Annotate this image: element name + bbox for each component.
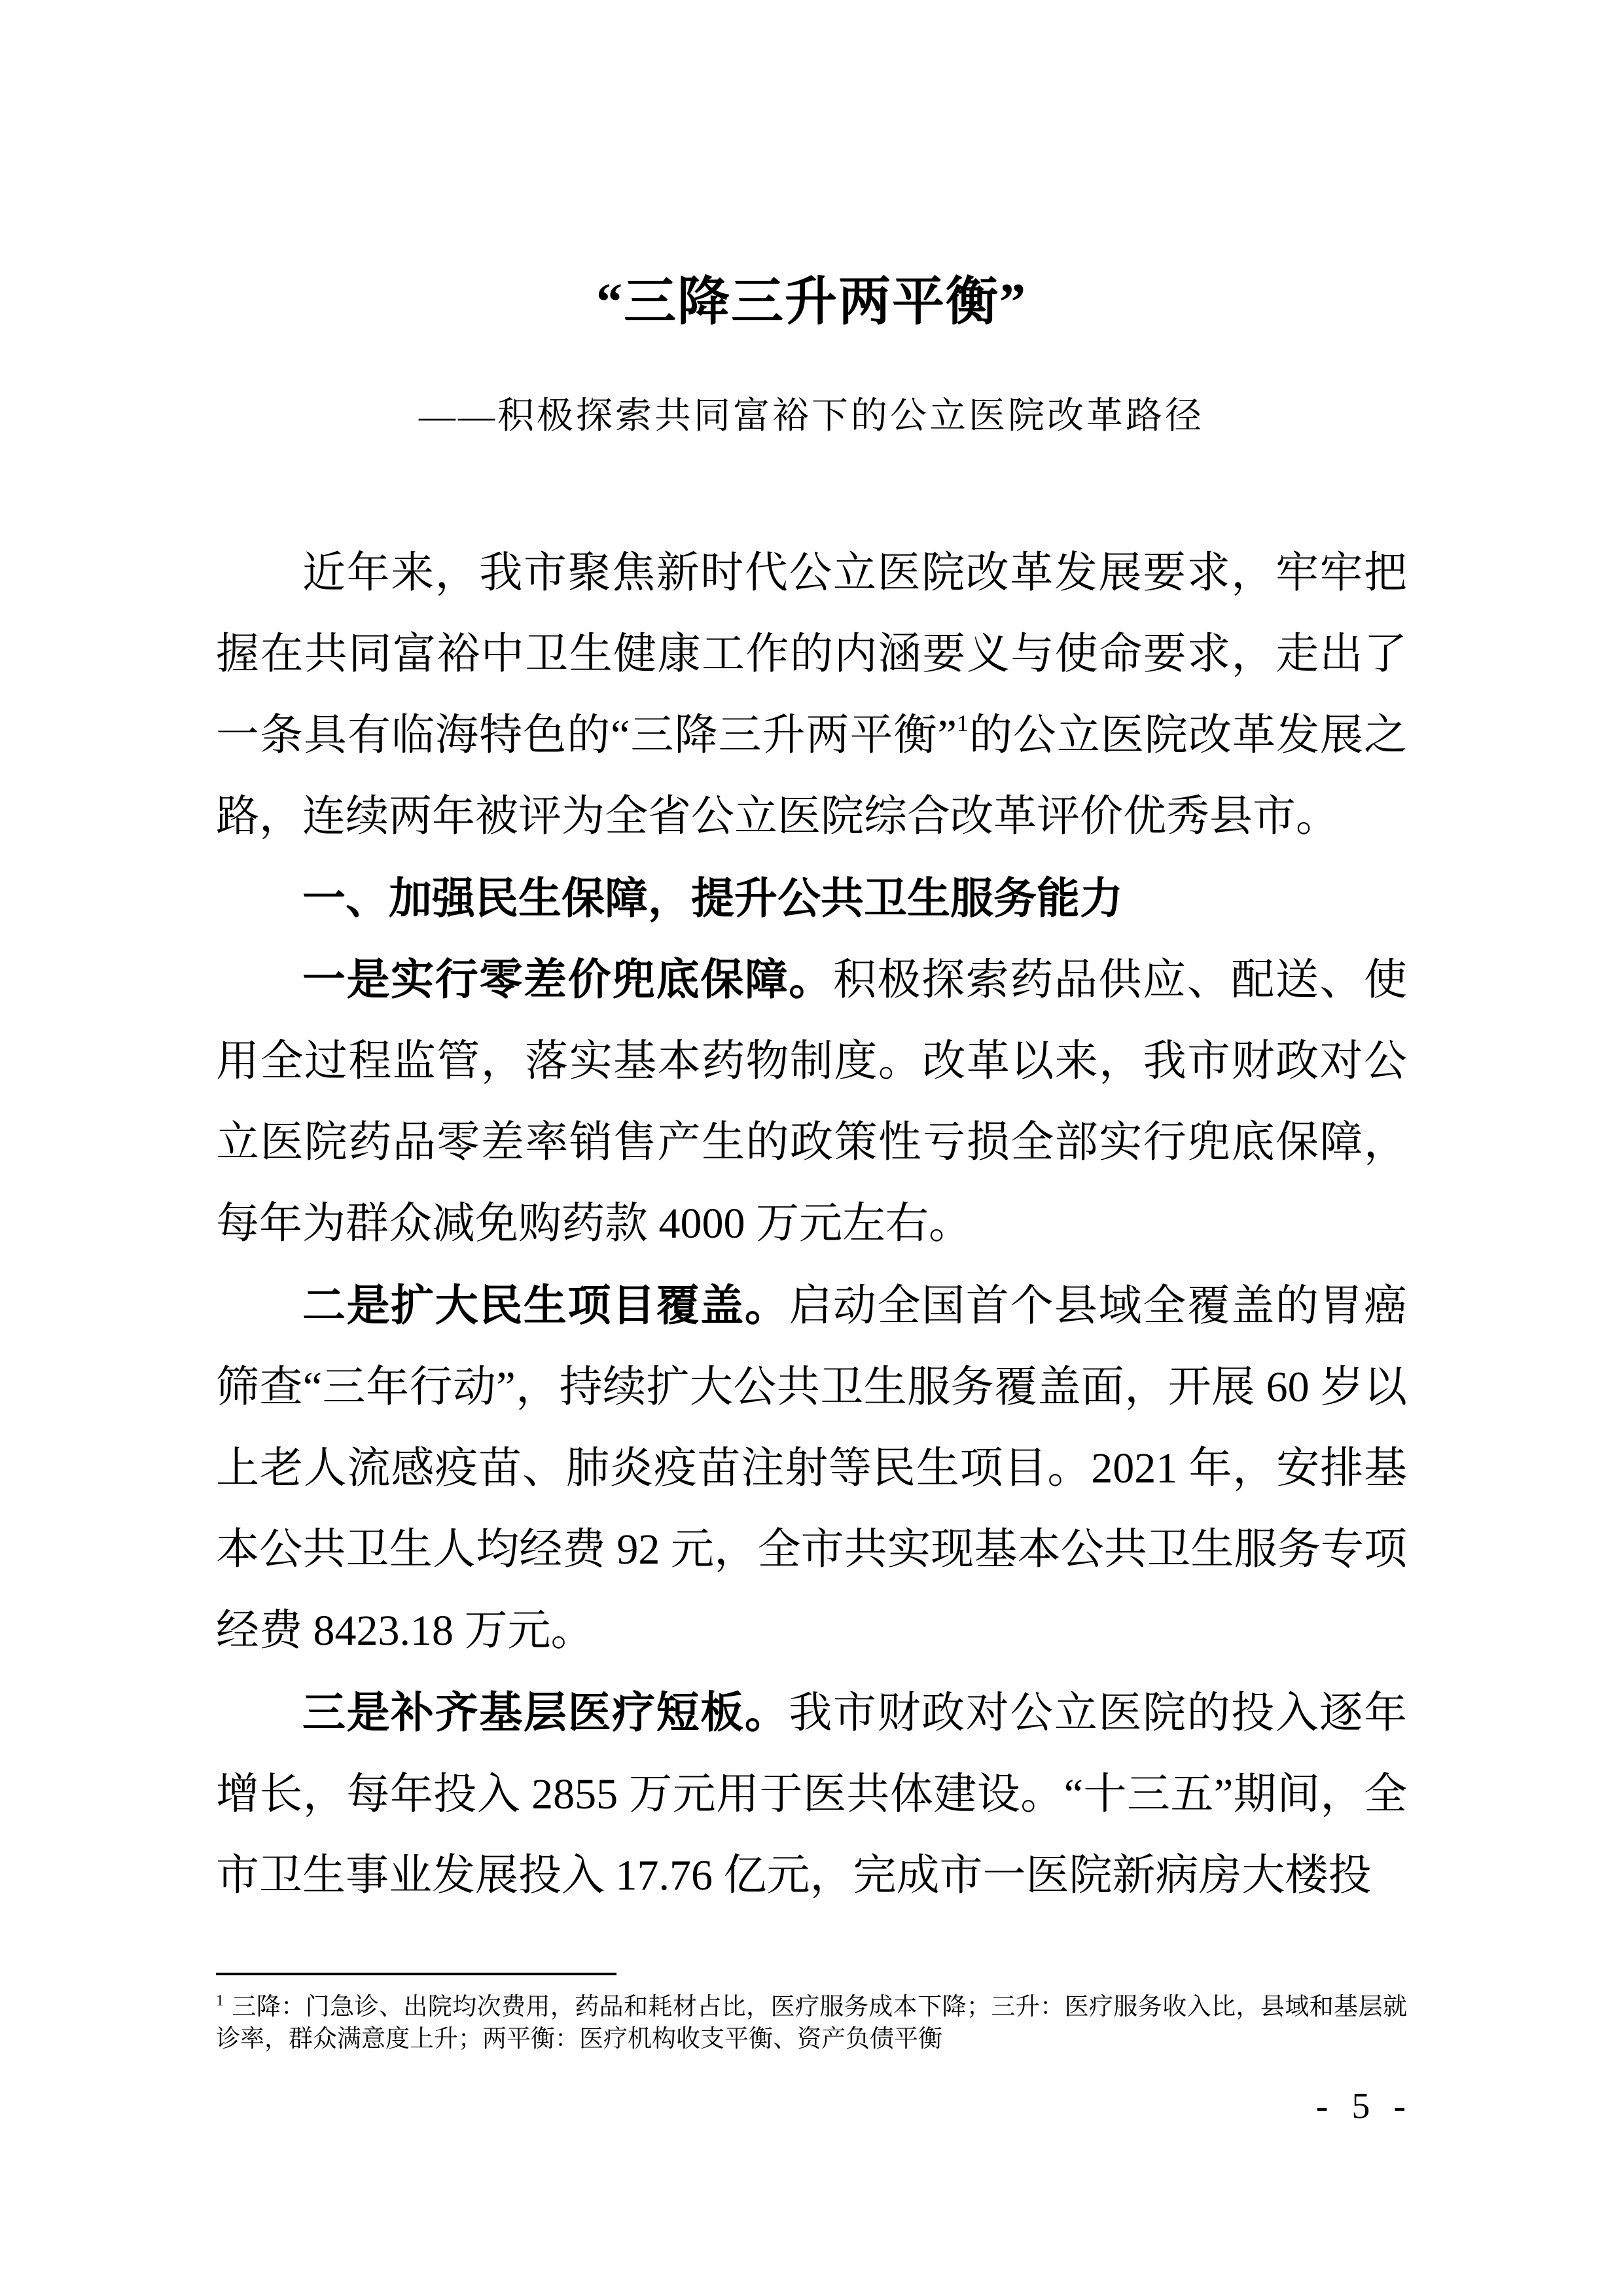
footnote-reference: 1 bbox=[957, 710, 969, 736]
footnote-text: 三降：门急诊、出院均次费用，药品和耗材占比，医疗服务成本下降；三升：医疗服务收入… bbox=[216, 1994, 1407, 2053]
point-1-lead: 一是实行零差价兜底保障。 bbox=[302, 955, 833, 1003]
document-title: “三降三升两平衡” bbox=[216, 270, 1407, 335]
footnote-area: 1三降：门急诊、出院均次费用，药品和耗材占比，医疗服务成本下降；三升：医疗服务收… bbox=[216, 1973, 1407, 2055]
paragraph-point-3: 三是补齐基层医疗短板。我市财政对公立医院的投入逐年增长，每年投入 2855 万元… bbox=[216, 1672, 1407, 1916]
point-2-text: 启动全国首个县域全覆盖的胃癌筛查“三年行动”，持续扩大公共卫生服务覆盖面，开展 … bbox=[216, 1282, 1407, 1655]
point-2-lead: 二是扩大民生项目覆盖。 bbox=[302, 1281, 789, 1329]
footnote-marker: 1 bbox=[216, 1992, 224, 2009]
text-column: “三降三升两平衡” ——积极探索共同富裕下的公立医院改革路径 近年来，我市聚焦新… bbox=[216, 0, 1407, 1916]
section-heading: 一、加强民生保障，提升公共卫生服务能力 bbox=[216, 857, 1407, 939]
paragraph-intro: 近年来，我市聚焦新时代公立医院改革发展要求，牢牢把握在共同富裕中卫生健康工作的内… bbox=[216, 533, 1407, 857]
paragraph-point-1: 一是实行零差价兜底保障。积极探索药品供应、配送、使用全过程监管，落实基本药物制度… bbox=[216, 939, 1407, 1265]
page-number: - 5 - bbox=[1316, 2087, 1406, 2126]
document-body: 近年来，我市聚焦新时代公立医院改革发展要求，牢牢把握在共同富裕中卫生健康工作的内… bbox=[216, 533, 1407, 1916]
paragraph-point-2: 二是扩大民生项目覆盖。启动全国首个县域全覆盖的胃癌筛查“三年行动”，持续扩大公共… bbox=[216, 1265, 1407, 1672]
document-page: “三降三升两平衡” ——积极探索共同富裕下的公立医院改革路径 近年来，我市聚焦新… bbox=[0, 0, 1623, 2296]
point-3-lead: 三是补齐基层医疗短板。 bbox=[302, 1688, 789, 1736]
footnote: 1三降：门急诊、出院均次费用，药品和耗材占比，医疗服务成本下降；三升：医疗服务收… bbox=[216, 1991, 1407, 2055]
document-subtitle: ——积极探索共同富裕下的公立医院改革路径 bbox=[216, 393, 1407, 440]
footnote-separator-line bbox=[216, 1973, 616, 1975]
